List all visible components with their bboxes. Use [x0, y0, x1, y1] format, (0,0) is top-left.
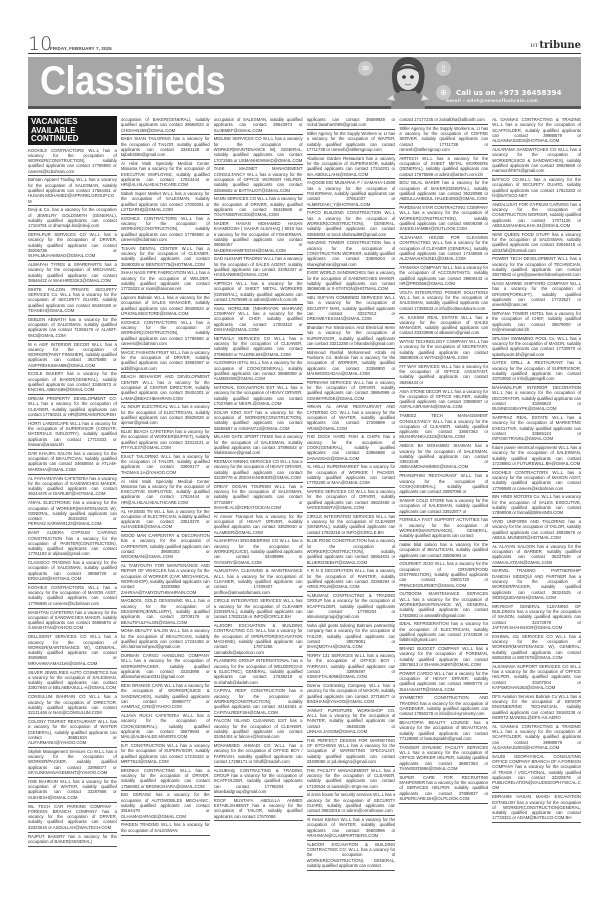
classified-ad: HSB BAHRAIN W.L.L has a vacancy for the … [28, 778, 117, 803]
classified-ad: BOU BILAL BAKER has a vacancy for the oc… [399, 179, 488, 204]
classifieds-columns: VACANCIES AVAILABLE CONTINUED KOOHEJI CO… [28, 116, 581, 891]
classified-ad: KOOHEJI CONTRACTORS W.L.L has a vacancy … [492, 469, 581, 494]
classified-ad: ABBAS BA MOHAMED SHABAN has a vacancy fo… [399, 442, 488, 472]
ad-list: KOOHEJI CONTRACTORS W.L.L has a vacancy … [28, 147, 117, 847]
classified-ad: EBRAHIM HASAN MAHDI EXCAVATION ESTABLISH… [492, 793, 581, 823]
classified-ad: TAMEEZ TECH MANAGEMENT CONSULTANCY W.L.L… [399, 412, 488, 442]
classified-ad: ALSAMANA SUPPORT SERVICES CO W.L.L has a… [492, 663, 581, 693]
classified-ad: ANDALUSAT FOR GYPSUM CARVING has a vacan… [492, 201, 581, 231]
classified-ad: Nuha qibil gents tailoring Bahraini part… [307, 622, 396, 652]
classified-ad: FORMULA FAST SUPPORT ACTIVITIES has a va… [399, 516, 488, 541]
classified-ad: MAGBOOL GOLD DESIGNING W.L.L has a vacan… [121, 597, 210, 627]
classified-ad: DELLIGENT SERVICES CO W.L.L has a vacanc… [28, 633, 117, 668]
classified-ad: Sabah Super Market W.L.L has a vacancy f… [121, 190, 210, 215]
column-5: contact 17177245 or zainalbha@albooth.co… [399, 116, 488, 891]
classified-ad: NATIONAL EXCAVATION EST W.L.L has a vaca… [214, 384, 303, 409]
classified-ad: KOOHEJI CONTRACTORS W.L.L has a vacancy … [121, 215, 210, 245]
classified-ad: BATSCO CO.W.L.L has a vacancy for the oc… [492, 176, 581, 201]
brand-prefix: DT [530, 43, 538, 49]
classified-ad: PRANSPHIM RESTAURANT W.L.L has a vacancy… [399, 472, 488, 497]
classified-ad: AL ALAYAN SALOON has a vacancy for the o… [492, 543, 581, 568]
masthead-logo: DTtribune [530, 40, 581, 51]
classified-ad: NIRVANA TOWER HOTEL has a vacancy for th… [492, 310, 581, 335]
classifieds-banner: Classifieds ✉ ▯ ⊕ Call us on +973 364583… [28, 57, 581, 109]
ad-list: occupation of BAKER(GENERAL), suitably q… [121, 116, 210, 836]
ad-list: applicants can contact 36589929 or mohd.… [307, 116, 396, 871]
classified-ad: THE FACILITY MANAGEMENT W.L.L has a vaca… [307, 767, 396, 792]
classified-ad: NAFEES SERVICES CO W.L.L has a vacancy f… [307, 488, 396, 513]
mail-icon: ✉ [358, 61, 373, 76]
classified-ad: al orma house for security services W.L.… [307, 791, 396, 816]
classified-ad: AIRTECH W.L.L has a vacancy for the occu… [214, 280, 303, 305]
classified-ad: B.P. CONSTRUCTION W.L.L has a vacancy fo… [121, 742, 210, 767]
classified-ad: ALSOWIKH ISTAL W.L.L has a vacancy for t… [214, 359, 303, 384]
classified-ad: SHAH NASS PIPE FABRICATION W.L.L has a v… [121, 269, 210, 294]
classified-ad: GOURMET JOJO W.L.L has a vacancy for the… [399, 560, 488, 590]
classified-ad: COLONY TOURIST RESTAURANT W.L.L has a va… [28, 718, 117, 748]
classified-ad: TIJAAN DENTAL CENTER W.L.L has a vacancy… [121, 245, 210, 270]
classified-ad: TASK MAGNET MANAGEMENT CONSULTANCY W.L.L… [214, 165, 303, 195]
classified-ad: ECOLE BAKERY has a vacancy for the occup… [28, 370, 117, 395]
classified-ad: occupation of SALESMAN, suitably qualifi… [214, 116, 303, 135]
classified-ad: PAKEEN TRADING W.L.L has a vacancy for t… [121, 821, 210, 835]
ad-list: AL GANNAS CONTRACTING & TRADING W.L.L ha… [492, 116, 581, 823]
classified-ad: NASS MARINE SHIPYARD COMPANY W.L.L has a… [492, 280, 581, 310]
classified-ad: KOOHEJI CONTRACTORS W.L.L has a vacancy … [121, 319, 210, 349]
classified-ad: PERNHAM SERVICES W.L.L has a vacancy for… [307, 379, 396, 404]
classified-ad: Stiller Agency for the Supply Workers w.… [307, 130, 396, 155]
classified-ad: MASHTAN CAFETERIA has a vacancy for the … [28, 609, 117, 634]
classified-ad: A R N S DECORATION W.L.L has a vacancy f… [307, 567, 396, 592]
classified-ad: PLANNERS GROUP INTERNATIONAL has a vacan… [214, 657, 303, 687]
classified-ad: DEBLEN ABWATH has a vacancy for the occu… [28, 316, 117, 341]
classified-ad: AL HASEEB TN W.L.L has a vacancy for the… [121, 508, 210, 533]
classified-ad: FALCON ISLAND CLEANING EST has a vacancy… [214, 717, 303, 742]
classified-ad: occupation of BAKER(GENERAL), suitably q… [121, 116, 210, 135]
classified-ad: ANAL NOFELINE (NEHRAYON BAHRAIN) COMPANY… [214, 305, 303, 335]
classified-ad: WHITE FALCON PRIVATE SECURITY SERVICES C… [28, 286, 117, 316]
classified-ad: BLUE ROSE CONSTRUCTION has a vacancy for… [307, 537, 396, 567]
classified-ad: ROOF MUSTAFA ABDULLA AHMED ESTABLISHMENT… [214, 797, 303, 822]
classified-ad: SAMAR COLD STORE has a vacancy for the o… [399, 497, 488, 516]
classified-ad: Al Hilal Multi Specialty Medical Center … [121, 160, 210, 190]
classified-ad: AL HELLI SUPERMARKET has a vacancy for t… [307, 463, 396, 488]
classified-ad: AL TAMYOUTH FOR MAINTENANCE AND REPAIR O… [121, 562, 210, 597]
classified-ad: SARFRAZ REAL ESTATE W.L.L has a vacancy … [492, 414, 581, 444]
classified-ad: ALMUMAIZ CONTRACTING & TRADING GROUP has… [307, 592, 396, 622]
classified-ad: BEAUTOPIA BEAUTY LOUNGE has a vacancy fo… [399, 719, 488, 744]
phone-icon: ▯ [436, 61, 451, 76]
classified-ad: RAJPUT BAKERY has a vacancy for the occu… [28, 833, 117, 847]
classified-ad: JANNAT FURNITURE WORKSHOP CO. W.L.L has … [307, 707, 396, 737]
classified-ad: BAHAWALPUR INTERIOR DECORATION W.L.L has… [492, 384, 581, 414]
classified-ad: malak bilal saloon has a vacancy for the… [399, 541, 488, 560]
issue-date: FRIDAY, FEBRUARY 7, 2025 [50, 46, 112, 51]
classified-ad: PARDISAN STAR CONTRACTING COMPANY W.L.L … [399, 204, 488, 234]
classified-ad: Al Ameer Transport has a vacancy for the… [214, 513, 303, 538]
classified-ad: BIN HINDI MOTORS Co. W.L.L has a vacancy… [492, 493, 581, 518]
classified-ad: MIDLINE SERVICES CO W.L.L has a vacancy … [214, 135, 303, 165]
classified-ad: BANT ALDERA GYPSUM CARVING CONSTRUCTION … [28, 529, 117, 559]
classified-ad: ALSHARTAH ENGINEERING CO W.L.L has a vac… [214, 537, 303, 567]
classified-ad: CAPITAL REEF CONSTRUCTION has a vacancy … [214, 687, 303, 717]
classified-ad: SUPER CARE FOR RECRUITING MANPOWER has a… [399, 774, 488, 804]
classified-ad: MONA BEAUTY SALON W.L.L has a vacancy fo… [121, 627, 210, 652]
classified-ad: BRAND BUDGET COMPANY W.L.L has a vacancy… [399, 645, 488, 670]
classified-ad: MARVEL TRADING - PARTNERSHIP DANESH SIDD… [492, 567, 581, 602]
classified-ad: VOLTA INTEGRATED POWER SOLUTIONS W.L.L h… [399, 289, 488, 314]
classified-ad: KOOHEJI CONTRACTORS W.L.L has a vacancy … [28, 147, 117, 177]
classified-ad: AMAZING TOWER CONSTRUCTION has a vacancy… [307, 239, 396, 269]
classified-ad: CIRCLE INTEGRATED SERVICES W.L.L has a v… [307, 513, 396, 538]
classified-ad: ALKARAMA SANDWITCHES CO W.L.L has a vaca… [492, 146, 581, 176]
globe-icon: ⊕ [436, 85, 451, 100]
classified-ad: GREAT OCEAN TOURISM W.L.L has a vacancy … [214, 483, 303, 513]
classified-ad: EVER WORLD SANDWICHES has a vacancy for … [307, 269, 396, 294]
classified-ad: applicants can contact 36589929 or mohd.… [307, 116, 396, 130]
classified-ad: ABU SUFYAN COMBINED SERVICES W.L.L has a… [307, 294, 396, 324]
classified-ad: MILANO GATE SPORT ITEMS has a vacancy fo… [214, 433, 303, 458]
classified-ad: NANN SERVICES CO W.L.L has a vacancy for… [214, 195, 303, 220]
classified-ad: ALSUBAIQ CONTRACTING & TRADING GROUP has… [214, 767, 303, 797]
classified-ad: SOLAR KING EST has a vacancy for the occ… [214, 409, 303, 434]
classified-ad: future power electrical equipments W.L.L… [492, 444, 581, 469]
classified-ad: AL FAYHANATAIN CAFETERIA has a vacancy f… [28, 475, 117, 500]
classified-ad: DURBAN CARGO HANDLING COMPANY W.L.L has … [121, 652, 210, 682]
classified-ad: ATAMANA COMPANY W.L.L has a vacancy for … [399, 264, 488, 289]
woman-illustration-icon [383, 55, 433, 109]
classified-ad: GAD ALKHAIR TRADING W.L.L has a vacancy … [214, 255, 303, 280]
classified-ad: AL GANNAS CONTRACTING & TRADING W.L.L ha… [492, 723, 581, 753]
classified-ad: BEACH BEHAVIOR AND DEVELOPMENT CENTER W.… [121, 373, 210, 403]
classified-ad: CIRCLE INTEGRATED SERVICES W.L.L has a v… [214, 597, 303, 622]
classified-ad: SPLASH SWIMMING POOL Co. W.L.L has a vac… [492, 335, 581, 360]
classified-ad: Al Hilal Multi Specialty Medical Center … [121, 478, 210, 508]
classified-ad: TAFCO BUILDING CONSTRUCTION W.L.L has a … [307, 209, 396, 239]
classified-ad: BIG GERAGE has a vacancy for the occupat… [121, 791, 210, 821]
column-1: VACANCIES AVAILABLE CONTINUED KOOHEJI CO… [28, 116, 117, 891]
classified-ad: CLASSICO TRADING has a vacancy for the o… [28, 559, 117, 584]
classified-ad: BABA SHAN TAILORING has a vacancy for th… [121, 135, 210, 160]
banner-title: Classifieds [40, 59, 225, 103]
classified-ad: WL TECH CAR PARKING COMPANY - FOREIGN BR… [28, 803, 117, 833]
classified-ad: CONSULUM BAHRAIN CO W.L.L has a vacancy … [28, 693, 117, 718]
classified-ad: TANVEER DYNAMIC FACILITY SERVICES W.L.L … [399, 744, 488, 774]
classified-ad: AL KASSIM REAL ESTATE W.L.L has a vacanc… [399, 314, 488, 339]
classified-ad: POWER TECH DEVELOPMENT W.L.L has a vacan… [492, 255, 581, 280]
ad-list: occupation of SALESMAN, suitably qualifi… [214, 116, 303, 821]
classified-ad: FERRY 131 SERVICES W.L.L has a vacancy f… [307, 652, 396, 682]
classified-ad: POWER CARGO W.L.L has a vacancy for the … [399, 670, 488, 695]
classified-ad: Abulinoor Garden Restaurant has a vacanc… [307, 155, 396, 180]
classified-ad: NETWALA SERVICES CO W.L.L has a vacancy … [214, 335, 303, 360]
page-number: 10 [28, 35, 52, 54]
classified-ad: DEPALPUR SERVICES CO W.L.L has a vacancy… [28, 231, 117, 261]
classified-ad: Bahrain Apparel Trading W.L.L has a vaca… [28, 176, 117, 206]
classified-ad: ALWAFAH TYRES & SPAREPARTS has a vacancy… [28, 261, 117, 286]
classified-ad: THE DOCK HARD FISH & CHIPS has a vacancy… [307, 433, 396, 463]
classified-ad: SILVER JEWELRIES AUTO COSMETICS has a va… [28, 669, 117, 694]
classified-ad: OUTBOOM MAINTENANCE SERVICES W.L.L has a… [399, 590, 488, 620]
classified-ad: AL NOUR ELECTRICAL W.L.L has a vacancy f… [121, 403, 210, 428]
page-header: 10 FRIDAY, FEBRUARY 7, 2025 DTtribune [28, 34, 581, 54]
classified-ad: NADER HASAN MOHAMED HASAN KHAMIDOSH ( SA… [214, 220, 303, 255]
classified-ad: ALBOOR EXCAVATION & BUILDING CONTRACTING… [307, 841, 396, 871]
classified-ad: Lapcom Bahrain W.L.L has a vacancy for t… [121, 294, 210, 319]
classified-ad: Al Kesar Kitchen W.L.L has a vacancy for… [307, 816, 396, 841]
classified-ad: ALJOORI EXCAVATION & BUILDING CONTRACTIN… [214, 622, 303, 657]
classified-ad: VIVID UNIFORM AND TAILORING has a vacanc… [492, 518, 581, 543]
classified-ad: ANFAL ELECTRONIC has a vacancy for the o… [28, 499, 117, 529]
classified-ad: Skylink Management Services Co W.L.L has… [28, 748, 117, 778]
classified-ad: THE PERFECT DESIGN FOR MARKETING OF KITC… [307, 737, 396, 767]
classified-ad: Mahmood Rashid Mohammed Alzabi Ali Fashi… [307, 349, 396, 379]
classified-ad: REDMAX MINING SERVICES CO W.L.L has a va… [214, 458, 303, 483]
column-3: occupation of SALESMAN, suitably qualifi… [214, 116, 303, 891]
classified-ad: AL GANNAS CONTRACTING & TRADING W.L.L ha… [492, 116, 581, 146]
classified-ad: HORTI LANDSCAPE W.L.L has a vacancy for … [28, 420, 117, 450]
classified-ad: WOOD MAN CARPENTRY & DECORATION has a va… [121, 532, 210, 562]
classified-ad: contact 17177245 or zainalbha@albooth.co… [399, 116, 488, 125]
classified-ad: ALZAHAMA HOUSE FOR CLEANING CONTRACTING … [399, 234, 488, 264]
classified-ad: GATES GRILL & RESTAURANT has a vacancy f… [492, 359, 581, 384]
classified-ad: FIT WAY SERVICES W.L.L has a vacancy for… [399, 363, 488, 388]
ad-list: contact 17177245 or zainalbha@albooth.co… [399, 116, 488, 804]
classified-ad: Devji & Co. has a vacancy for the occupa… [28, 206, 117, 231]
classified-ad: BRONKS CONTRACTING W.L.L has a vacancy f… [121, 767, 210, 792]
column-4: applicants can contact 36589929 or mohd.… [307, 116, 396, 891]
classified-ad: SAUDI GEOPHYSICAL CONSULTING OFFICE COMP… [492, 753, 581, 794]
call-us-text: Call us on +973 36458394 [456, 88, 562, 97]
classified-ad: AIRTECH W.L.L has a vacancy for the occu… [399, 155, 488, 180]
classified-ad: IDEAL REFRIGERATION has a vacancy for th… [399, 620, 488, 645]
classified-ad: BLUE BEACH CAFETERIA has a vacancy for t… [121, 428, 210, 453]
classified-ad: BESI ORANGE CAFE W.L.L has a vacancy for… [121, 682, 210, 712]
section-heading: VACANCIES AVAILABLE CONTINUED [28, 116, 117, 145]
classified-ad: ARKAN AL ARAB RESTAURANT AND CATERING CO… [307, 403, 396, 433]
classified-ad: SYMMETRY CONSTRUCTION AND TRADING has a … [399, 694, 488, 719]
classified-ad: Stiller Agency for the Supply Workers w.… [399, 125, 488, 155]
column-2: occupation of BAKER(GENERAL), suitably q… [121, 116, 210, 891]
classified-ad: WATAD TECHNOLOGY COMPANY W.L.L has a vac… [399, 338, 488, 363]
classified-ad: MAGIC FASHION FRUIT W.L.L has a vacancy … [121, 349, 210, 374]
classified-ad: DREAM PROPERTY DEVELOPMENT CO. W.L.L has… [28, 395, 117, 420]
classified-ad: MR.RIGHT GENERAL CLEANING OF BUILDINGS h… [492, 603, 581, 633]
brand-name: tribune [539, 40, 581, 51]
classified-ad: YAQOOB EID MUBARAK F / SAMAHA-14508 has … [307, 179, 396, 209]
classified-ad: Bhandari For Electronics And Electrical … [307, 324, 396, 349]
classified-ad: MOHAMMED AHMADI CO W.L.L has a vacancy f… [214, 742, 303, 767]
classified-ad: DAR KHAJRA SALON has a vacancy for the o… [28, 450, 117, 475]
classified-ad: DFS Aviation Services Bahrain Co W.L.L h… [492, 693, 581, 723]
classified-ad: EXALT TAILORING W.L.L has a vacancy for … [121, 453, 210, 478]
classified-ad: Zarena Contracting Company W.L.L has a v… [307, 682, 396, 707]
column-6: AL GANNAS CONTRACTING & TRADING W.L.L ha… [492, 116, 581, 891]
classified-ad: ASIA STONE DECOR W.L.L has a vacancy for… [399, 388, 488, 413]
classified-ad: M A ASIF INTERIOR DECOR W.L.L has a vaca… [28, 341, 117, 371]
classified-ad: ALMUSTAFA CLEANING & MAINTENANCE W.L.L h… [214, 567, 303, 597]
classified-ad: ESHMAL 411 SERVICES CO W.L.L has a vacan… [492, 633, 581, 663]
email-text: email : advt@newsofbahrain.com [446, 99, 538, 104]
classified-ad: NEW QUEEN FOOD STUFF has a vacancy for t… [492, 231, 581, 256]
classified-ad: ALJAVA RUCH CAFETERIA W.L.L has a vacanc… [121, 712, 210, 742]
classified-ad: KOOHEJI CONTRACTORS W.L.L has a vacancy … [28, 584, 117, 609]
